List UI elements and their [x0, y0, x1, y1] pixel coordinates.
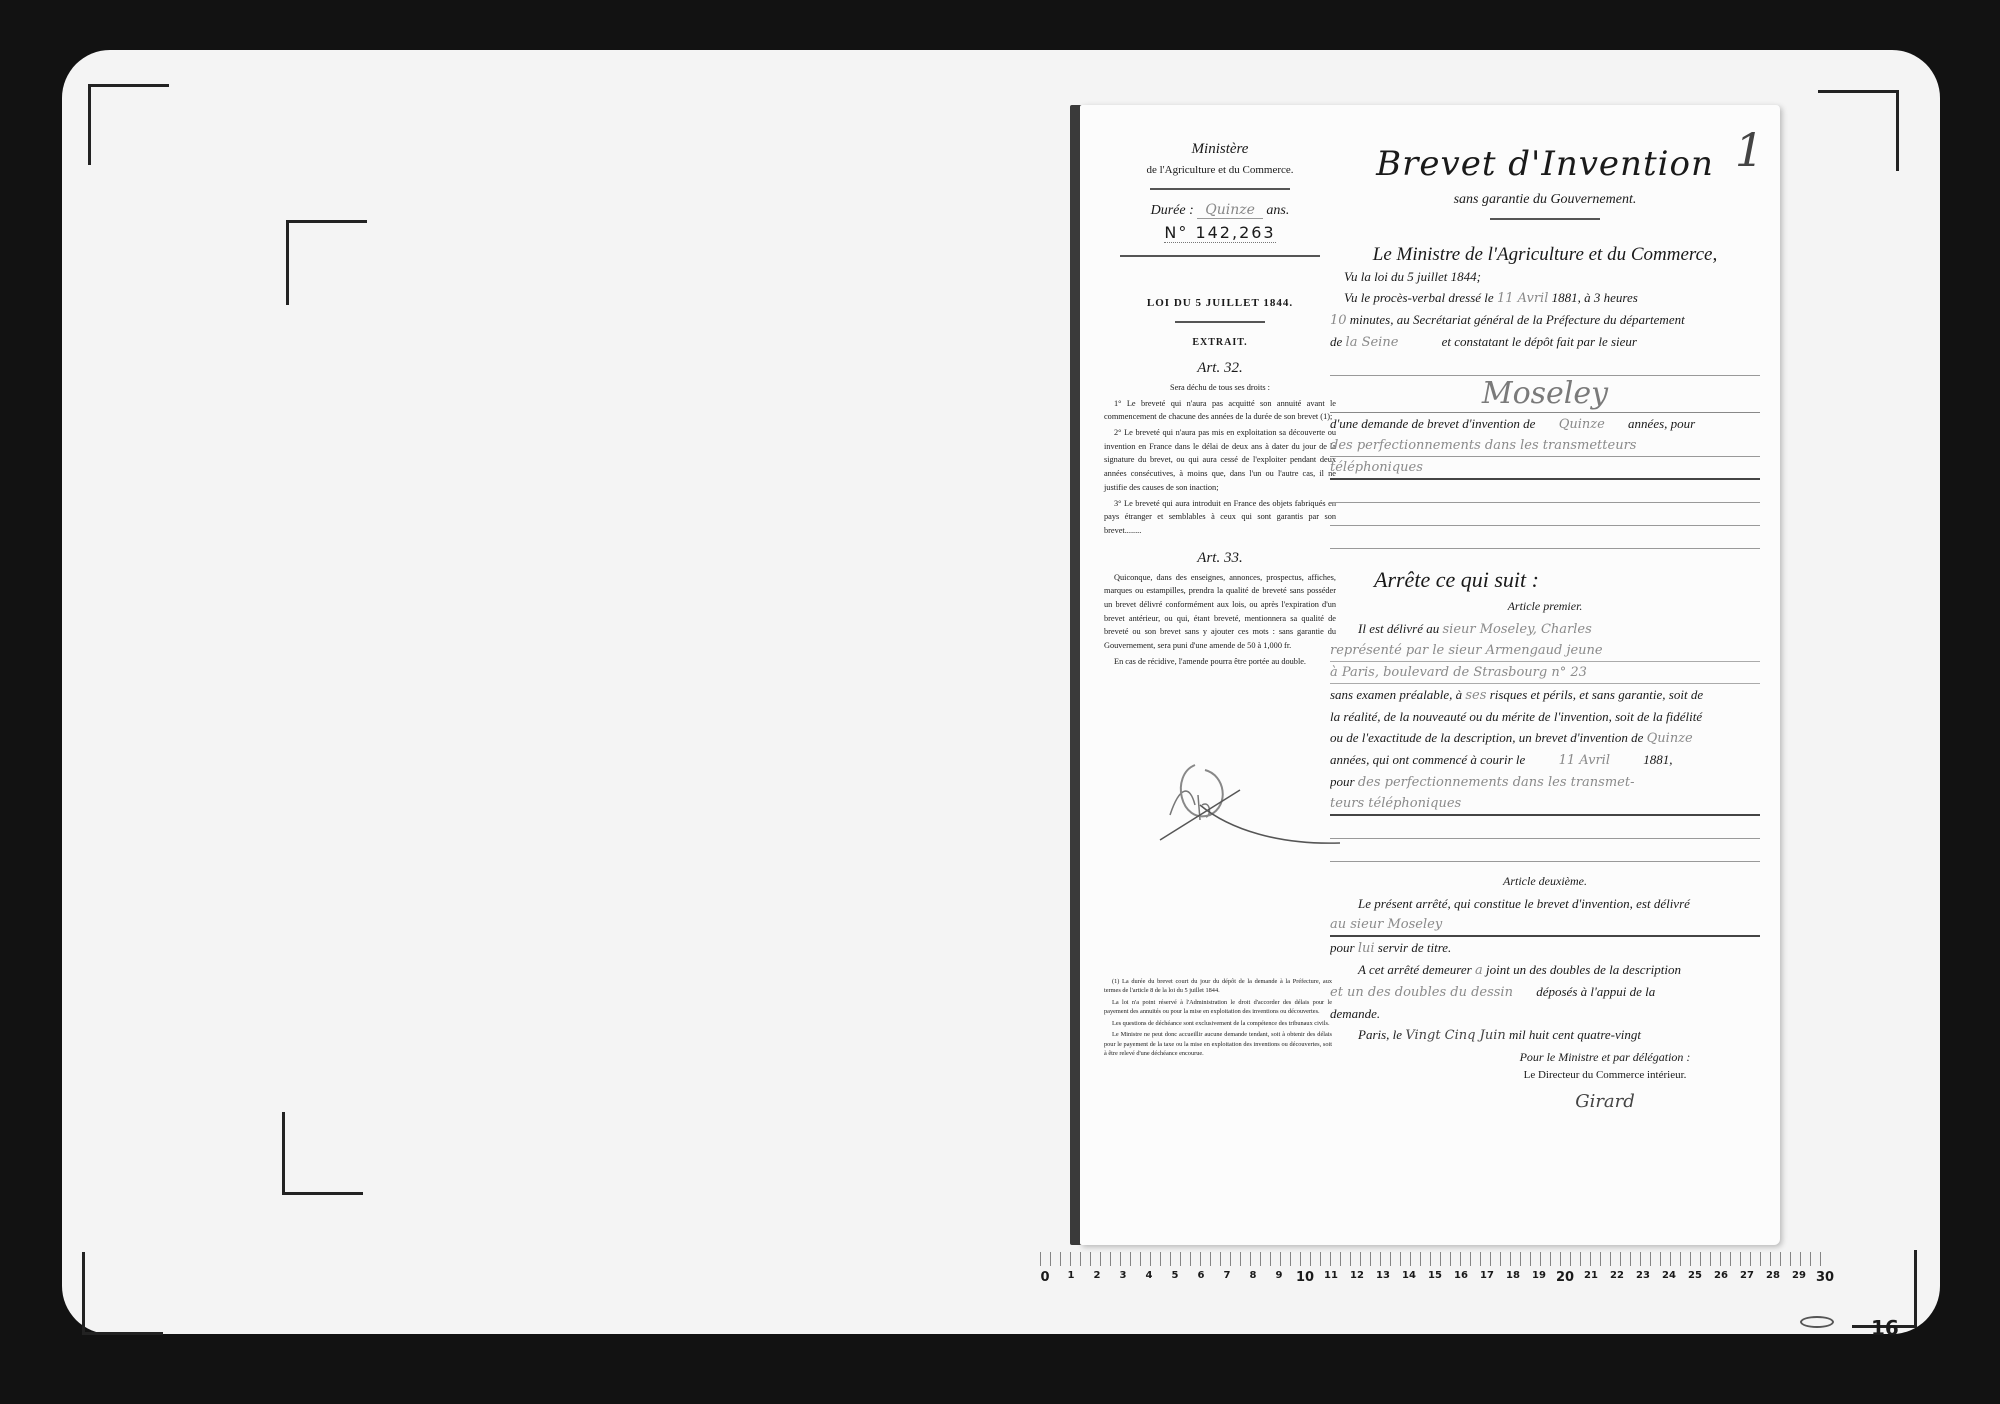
- law-extract-column: Ministère de l'Agriculture et du Commerc…: [1100, 140, 1340, 670]
- ruler-label: 19: [1532, 1270, 1546, 1281]
- ornament-rule: [1175, 321, 1265, 323]
- duration-unit: ans.: [1266, 203, 1289, 218]
- invention-title: des perfectionnements dans les transmet-: [1358, 775, 1635, 790]
- signing-date: Vingt Cinq Juin: [1405, 1028, 1505, 1043]
- crop-mark-outer-top-left: [88, 84, 169, 165]
- law-paragraph: 3° Le breveté qui aura introduit en Fran…: [1104, 497, 1336, 538]
- recipient: sieur Moseley, Charles: [1442, 622, 1591, 637]
- text: A cet arrêté demeurer: [1358, 962, 1472, 977]
- article-32-heading: Art. 32.: [1100, 360, 1340, 377]
- text: Vu le procès-verbal dressé le: [1344, 290, 1494, 305]
- start-year: 1881,: [1643, 752, 1672, 767]
- duration-value: Quinze: [1197, 202, 1263, 219]
- ruler-label: 6: [1198, 1270, 1205, 1281]
- text: ou de l'exactitude de la description, un…: [1330, 730, 1643, 745]
- crop-mark-inner-bottom-left: [282, 1112, 363, 1195]
- article-1-heading: Article premier.: [1330, 599, 1760, 614]
- patent-document: 1 Ministère de l'Agriculture et du Comme…: [1080, 105, 1780, 1245]
- crop-mark-outer-bottom-left: [82, 1252, 163, 1335]
- invention-title-line-1: des perfectionnements dans les transmett…: [1330, 435, 1760, 457]
- ruler-label: 2: [1094, 1270, 1101, 1281]
- article-33-text: Quiconque, dans des enseignes, annonces,…: [1100, 571, 1340, 669]
- department: la Seine: [1346, 335, 1439, 350]
- start-date: 11 Avril: [1529, 753, 1640, 768]
- pv-line-2: 10 minutes, au Secrétariat général de la…: [1330, 309, 1760, 331]
- scale-tag-icon: [1800, 1316, 1834, 1328]
- hw: a: [1475, 963, 1483, 978]
- law-paragraph: 2° Le breveté qui n'aura pas mis en expl…: [1104, 426, 1336, 494]
- article-2-line: Le présent arrêté, qui constitue le brev…: [1330, 893, 1760, 914]
- ornament-rule: [1490, 218, 1600, 220]
- ruler-label: 0: [1040, 1270, 1049, 1285]
- ruler-label: 8: [1250, 1270, 1257, 1281]
- ministry-subtitle: de l'Agriculture et du Commerce.: [1100, 164, 1340, 176]
- extract-label: EXTRAIT.: [1100, 337, 1340, 348]
- number-value: 142,263: [1195, 223, 1275, 242]
- text: Paris, le: [1358, 1027, 1402, 1042]
- ruler-label: 18: [1506, 1270, 1520, 1281]
- ruler-label: 28: [1766, 1270, 1780, 1281]
- text: Il est délivré au: [1358, 621, 1439, 636]
- ruler-label: 7: [1224, 1270, 1231, 1281]
- address-line: à Paris, boulevard de Strasbourg n° 23: [1330, 662, 1760, 684]
- ruler-label: 24: [1662, 1270, 1676, 1281]
- request-line: d'une demande de brevet d'invention de Q…: [1330, 413, 1760, 435]
- ses: ses: [1465, 688, 1486, 703]
- ruler-label: 15: [1428, 1270, 1442, 1281]
- article-2-line: pour lui servir de titre.: [1330, 937, 1760, 959]
- ruler-label: 21: [1584, 1270, 1598, 1281]
- patent-body: Brevet d'Invention sans garantie du Gouv…: [1330, 140, 1760, 1112]
- ruler-label: 29: [1792, 1270, 1806, 1281]
- crop-mark-outer-top-right: [1818, 90, 1899, 171]
- document-title: Brevet d'Invention: [1330, 144, 1760, 184]
- patent-number: N° 142,263: [1164, 223, 1275, 243]
- text: d'une demande de brevet d'invention de: [1330, 416, 1535, 431]
- text: un des doubles de la description: [1513, 962, 1681, 977]
- ornament-rule: [1120, 255, 1320, 257]
- blank-line: [1330, 480, 1760, 503]
- attachment: et un des doubles du dessin: [1330, 985, 1533, 1000]
- article-2-recipient: au sieur Moseley: [1330, 914, 1760, 937]
- ministry-title: Ministère: [1100, 140, 1340, 158]
- ruler-label: 20: [1556, 1270, 1574, 1285]
- ruler-label: 27: [1740, 1270, 1754, 1281]
- law-paragraph: Sera déchu de tous ses droits :: [1104, 381, 1336, 395]
- pv-year: 1881, à 3 heures: [1552, 290, 1638, 305]
- vu-proces-verbal: Vu le procès-verbal dressé le 11 Avril 1…: [1344, 287, 1760, 309]
- law-paragraph: Quiconque, dans des enseignes, annonces,…: [1104, 571, 1336, 653]
- signature-block: Pour le Ministre et par délégation : Le …: [1450, 1050, 1760, 1112]
- article-32-text: Sera déchu de tous ses droits : 1° Le br…: [1100, 381, 1340, 538]
- pv-date: 11 Avril: [1497, 291, 1548, 306]
- ruler-label: 30: [1816, 1270, 1834, 1285]
- ruler-ticks: [1040, 1252, 1830, 1266]
- number-label: N°: [1164, 223, 1188, 242]
- shelfmark-number: 16: [1871, 1316, 1899, 1340]
- text: années, qui ont commencé à courir le: [1330, 752, 1525, 767]
- text: de: [1330, 334, 1342, 349]
- blank-line: [1330, 353, 1760, 376]
- document-subtitle: sans garantie du Gouvernement.: [1330, 192, 1760, 208]
- ornament-rule: [1150, 188, 1290, 190]
- ruler-label: 12: [1350, 1270, 1364, 1281]
- pv-line-3: de la Seine et constatant le dépôt fait …: [1330, 331, 1760, 353]
- applicant-name: Moseley: [1330, 376, 1760, 413]
- text: pour: [1330, 940, 1355, 955]
- ruler-label: 3: [1120, 1270, 1127, 1281]
- text: pour: [1330, 774, 1355, 789]
- delegation-line: Pour le Ministre et par délégation :: [1450, 1050, 1760, 1065]
- ruler-label: 26: [1714, 1270, 1728, 1281]
- article-2-line: demande.: [1330, 1003, 1760, 1024]
- article-2-line: A cet arrêté demeurer a joint un des dou…: [1330, 959, 1760, 981]
- duration-line: Durée : Quinze ans.: [1100, 202, 1340, 219]
- invention-title-line-2: téléphoniques: [1330, 457, 1760, 480]
- ruler-label: 4: [1146, 1270, 1153, 1281]
- text: joint: [1486, 962, 1510, 977]
- text: servir de titre.: [1378, 940, 1452, 955]
- article-1-line: pour des perfectionnements dans les tran…: [1330, 771, 1760, 793]
- blank-line: [1330, 816, 1760, 839]
- blank-line: [1330, 526, 1760, 549]
- article-2-heading: Article deuxième.: [1330, 874, 1760, 889]
- date-line: Paris, le Vingt Cinq Juin mil huit cent …: [1330, 1024, 1760, 1046]
- article-1-line: sans examen préalable, à ses risques et …: [1330, 684, 1760, 706]
- grant-duration: Quinze: [1647, 731, 1693, 746]
- footnotes: (1) La durée du brevet court du jour du …: [1104, 977, 1332, 1061]
- pv-minutes: 10: [1330, 313, 1347, 328]
- text: années, pour: [1628, 416, 1695, 431]
- arrete-heading: Arrête ce qui suit :: [1374, 567, 1760, 593]
- text: risques et périls, et sans garantie, soi…: [1490, 687, 1703, 702]
- blank-line: [1330, 503, 1760, 526]
- ruler-label: 9: [1276, 1270, 1283, 1281]
- text: et constatant le dépôt fait par le sieur: [1442, 334, 1637, 349]
- ruler-label: 13: [1376, 1270, 1390, 1281]
- text: déposés à l'appui de la: [1536, 984, 1655, 999]
- ruler-label: 1: [1068, 1270, 1075, 1281]
- article-1-line: ou de l'exactitude de la description, un…: [1330, 727, 1760, 749]
- handwritten-mark: [1140, 745, 1340, 855]
- representative-line: représenté par le sieur Armengaud jeune: [1330, 640, 1760, 662]
- crop-mark-inner-top-left: [286, 220, 367, 305]
- request-duration: Quinze: [1539, 417, 1625, 432]
- law-paragraph: En cas de récidive, l'amende pourra être…: [1104, 655, 1336, 669]
- article-1-line: Il est délivré au sieur Moseley, Charles: [1330, 618, 1760, 640]
- blank-line: [1330, 839, 1760, 862]
- ruler-label: 14: [1402, 1270, 1416, 1281]
- ruler-label: 22: [1610, 1270, 1624, 1281]
- vu-loi: Vu la loi du 5 juillet 1844;: [1344, 266, 1760, 287]
- article-1-line: années, qui ont commencé à courir le 11 …: [1330, 749, 1760, 771]
- article-2-line: et un des doubles du dessin déposés à l'…: [1330, 981, 1760, 1003]
- lui: lui: [1358, 941, 1375, 956]
- footnote: Le Ministre ne peut donc accueillir aucu…: [1104, 1030, 1332, 1058]
- article-1-line: la réalité, de la nouveauté ou du mérite…: [1330, 706, 1760, 727]
- ruler-label: 16: [1454, 1270, 1468, 1281]
- text: mil huit cent quatre-vingt: [1509, 1027, 1641, 1042]
- measurement-ruler: 0123456789101112131415161718192021222324…: [1040, 1252, 1830, 1292]
- article-33-heading: Art. 33.: [1100, 550, 1340, 567]
- law-title: LOI DU 5 JUILLET 1844.: [1100, 297, 1340, 309]
- text: minutes, au Secrétariat général de la Pr…: [1350, 312, 1685, 327]
- minister-line: Le Ministre de l'Agriculture et du Comme…: [1330, 244, 1760, 266]
- ruler-label: 11: [1324, 1270, 1338, 1281]
- invention-title-cont: teurs téléphoniques: [1330, 793, 1760, 816]
- ruler-label: 25: [1688, 1270, 1702, 1281]
- duration-label: Durée :: [1151, 203, 1194, 218]
- ruler-label: 5: [1172, 1270, 1179, 1281]
- footnote: Les questions de déchéance sont exclusiv…: [1104, 1019, 1332, 1028]
- ruler-label: 23: [1636, 1270, 1650, 1281]
- law-paragraph: 1° Le breveté qui n'aura pas acquitté so…: [1104, 397, 1336, 424]
- footnote: La loi n'a point réservé à l'Administrat…: [1104, 998, 1332, 1017]
- text: sans examen préalable, à: [1330, 687, 1462, 702]
- signature: Girard: [1450, 1091, 1760, 1112]
- footnote: (1) La durée du brevet court du jour du …: [1104, 977, 1332, 996]
- ruler-label: 10: [1296, 1270, 1314, 1285]
- director-line: Le Directeur du Commerce intérieur.: [1450, 1069, 1760, 1081]
- ruler-label: 17: [1480, 1270, 1494, 1281]
